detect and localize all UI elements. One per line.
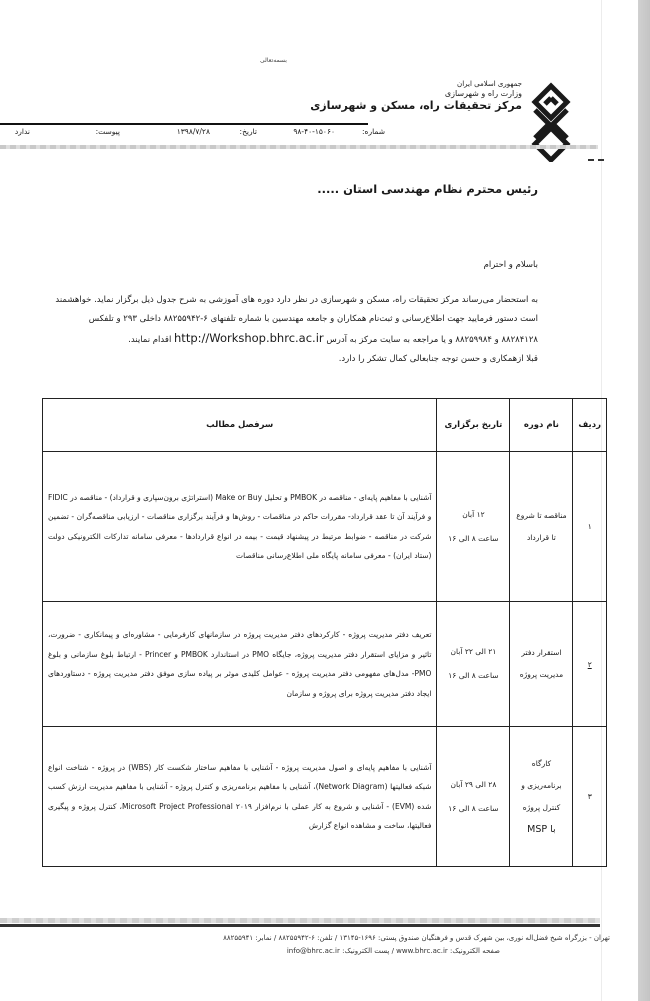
table-row: ۲ استقرار دفتر مدیریت پروژه ۲۱ الی ۲۲ آب… [43, 602, 607, 727]
course-date: ۲۱ الی ۲۲ آبان ساعت ۸ الی ۱۶ [437, 602, 510, 727]
date-line: ۲۸ الی ۲۹ آبان [442, 773, 504, 797]
time-line: ساعت ۸ الی ۱۶ [442, 797, 504, 821]
bhrc-logo-icon [527, 82, 575, 162]
col-date: تاریخ برگزاری [437, 399, 510, 452]
row-number: ۳ [573, 727, 607, 867]
blessing-text: بسمه‌تعالی [260, 57, 287, 64]
body-line-post: اقدام نمایند. [128, 335, 171, 345]
course-name-line: کارگاه [515, 753, 567, 775]
organization-name: مرکز تحقیقات راه، مسکن و شهرسازی [310, 99, 522, 113]
col-course: نام دوره [510, 399, 573, 452]
course-name-line: تا قرارداد [515, 527, 567, 549]
course-name-line: با MSP [515, 819, 567, 841]
time-line: ساعت ۸ الی ۱۶ [442, 664, 504, 688]
country-name: جمهوری اسلامی ایران [310, 80, 522, 89]
date-line: ۱۲ آبان [442, 503, 504, 527]
web-line: صفحه الکترونیک: www.bhrc.ac.ir / پست الک… [50, 945, 610, 958]
greeting: باسلام و احترام [484, 260, 538, 270]
row-number: ۲ [573, 602, 607, 727]
course-name: مناقصه تا شروع تا قرارداد [510, 452, 573, 602]
body-line: ۸۸۲۸۴۱۲۸ و ۸۸۲۵۹۹۸۴ و یا مراجعه به سایت … [18, 329, 538, 350]
time-line: ساعت ۸ الی ۱۶ [442, 527, 504, 551]
table-row: ۳ کارگاه برنامه‌ریزی و کنترل پروژه با MS… [43, 727, 607, 867]
row-number: ۱ [573, 452, 607, 602]
table-row: ۱ مناقصه تا شروع تا قرارداد ۱۲ آبان ساعت… [43, 452, 607, 602]
date-value: ۱۳۹۸/۷/۲۸ [177, 127, 210, 136]
letter-body: به استحضار می‌رساند مرکز تحقیقات راه، مس… [18, 291, 538, 369]
course-name-line: برنامه‌ریزی و کنترل پروژه [515, 775, 567, 819]
letterhead: جمهوری اسلامی ایران وزارت راه و شهرسازی … [310, 80, 522, 113]
dash-mark [598, 159, 604, 161]
number-label: شماره: [362, 127, 385, 136]
course-name-line: استقرار دفتر [515, 642, 567, 664]
scan-edge-shadow [638, 0, 650, 1001]
table-header-row: ردیف نام دوره تاریخ برگزاری سرفصل مطالب [43, 399, 607, 452]
col-topics: سرفصل مطالب [43, 399, 437, 452]
letter-meta: شماره: ۹۸-۴۰-۱۵۰۶۰ تاریخ: ۱۳۹۸/۷/۲۸ پیوس… [10, 127, 385, 141]
course-topics: آشنایی با مفاهیم پایه‌ای - مناقصه در PMB… [43, 452, 437, 602]
dash-mark [588, 159, 594, 161]
course-name: کارگاه برنامه‌ریزی و کنترل پروژه با MSP [510, 727, 573, 867]
course-name: استقرار دفتر مدیریت پروژه [510, 602, 573, 727]
footer-address: تهران - بزرگراه شیخ فضل‌اله نوری، بین شه… [50, 932, 610, 958]
address-line: تهران - بزرگراه شیخ فضل‌اله نوری، بین شه… [50, 932, 610, 945]
ministry-name: وزارت راه و شهرسازی [310, 89, 522, 99]
date-label: تاریخ: [240, 127, 257, 136]
course-topics: تعریف دفتر مدیریت پروژه - کارکردهای دفتر… [43, 602, 437, 727]
attachment-value: ندارد [15, 127, 30, 136]
body-line: است دستور فرمایید جهت اطلاع‌رسانی و ثبت‌… [18, 310, 538, 329]
closing-line: قبلا ازهمکاری و حسن توجه جنابعالی کمال ت… [18, 350, 538, 369]
body-line-pre: ۸۸۲۸۴۱۲۸ و ۸۸۲۵۹۹۸۴ و یا مراجعه به سایت … [326, 335, 538, 345]
workshop-url-link[interactable]: http://Workshop.bhrc.ac.ir [174, 331, 324, 345]
course-date: ۲۸ الی ۲۹ آبان ساعت ۸ الی ۱۶ [437, 727, 510, 867]
attachment-label: پیوست: [96, 127, 120, 136]
body-line: به استحضار می‌رساند مرکز تحقیقات راه، مس… [18, 291, 538, 310]
addressee: رئیس محترم نظام مهندسی استان ..... [317, 182, 538, 196]
footer-rule [0, 924, 600, 927]
footer-band [0, 918, 600, 923]
col-row: ردیف [573, 399, 607, 452]
date-line: ۲۱ الی ۲۲ آبان [442, 640, 504, 664]
letterhead-rule [0, 123, 368, 125]
course-date: ۱۲ آبان ساعت ۸ الی ۱۶ [437, 452, 510, 602]
header-band [0, 145, 598, 149]
course-name-line: مدیریت پروژه [515, 664, 567, 686]
course-name-line: مناقصه تا شروع [515, 505, 567, 527]
course-table: ردیف نام دوره تاریخ برگزاری سرفصل مطالب … [42, 398, 607, 867]
course-topics: آشنایی با مفاهیم پایه‌ای و اصول مدیریت پ… [43, 727, 437, 867]
number-value: ۹۸-۴۰-۱۵۰۶۰ [293, 127, 335, 136]
